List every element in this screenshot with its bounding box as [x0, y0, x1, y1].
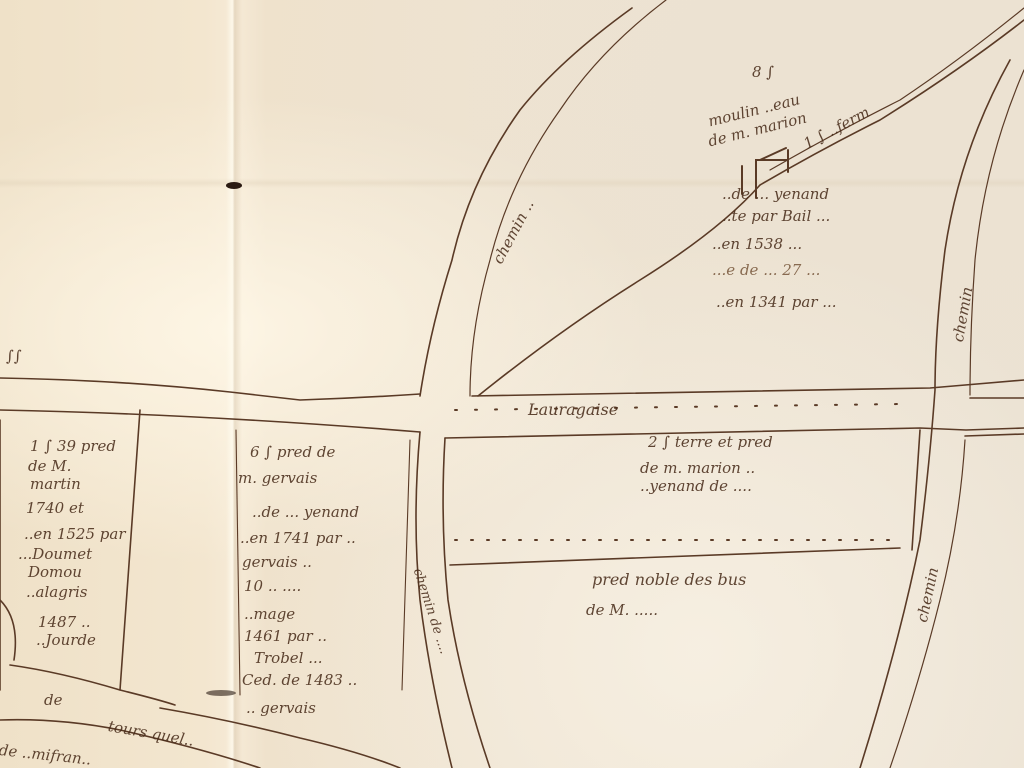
parcel-8-line-5: ..te par Bail ... — [722, 206, 830, 226]
noble-meadow-line-0: pred noble des bus — [592, 570, 746, 590]
parcel-8-line-7: ...e de ... 27 ... — [712, 260, 820, 280]
ink-blot-fold-bottom — [206, 690, 236, 696]
cadastral-map-sheet: 8 ∫ moulin ..eau de m. marion 1 ∫ ..ferm… — [0, 0, 1024, 768]
parcel-6-line-8: Trobel ... — [254, 648, 323, 668]
parcel-2-line-2: ..yenand de .... — [640, 476, 752, 496]
ink-blot-fold-top — [226, 182, 242, 189]
parcel-8-number: 8 ∫ — [752, 62, 774, 82]
parcel-6-line-2: ..de ... yenand — [252, 502, 359, 522]
parcel-6-line-3: ..en 1741 par .. — [240, 528, 356, 548]
label-de-bottom-left: de — [44, 690, 62, 710]
parcel-1-line-2: martin — [30, 474, 81, 494]
parcel-6-line-0: 6 ∫ pred de — [250, 442, 335, 462]
lower-left-parcel-edge — [0, 600, 15, 660]
lower-left-stream-1 — [10, 665, 175, 705]
parcel-8-line-6: ..en 1538 ... — [712, 234, 802, 254]
center-road-right-edge — [443, 438, 490, 768]
right-parcel-bottom — [965, 434, 1024, 436]
parcel-6-line-6: ..mage — [244, 604, 295, 624]
parcel-1-line-3: 1740 et — [26, 498, 84, 518]
parcel-1-line-9: ..Jourde — [36, 630, 96, 650]
parcel-6-line-10: .. gervais — [246, 698, 316, 718]
parcel-6-right-boundary — [402, 440, 410, 690]
road-boundary-upper-left — [0, 378, 420, 400]
parcel-2-line-1: de m. marion .. — [640, 458, 755, 478]
parcel-6-line-4: gervais .. — [242, 552, 312, 572]
right-road-left-edge — [860, 60, 1010, 768]
parcel-6-line-5: 10 .. .... — [244, 576, 301, 596]
noble-meadow-line-1: de M. ..... — [586, 600, 658, 620]
parcel-6-line-1: m. gervais — [238, 468, 317, 488]
parcel-1-right-boundary — [120, 410, 140, 690]
parcel-1-line-4: ..en 1525 par — [24, 524, 126, 544]
parcel-6-line-7: 1461 par .. — [244, 626, 327, 646]
dotted-line-road — [455, 404, 900, 410]
road-label-lauragaise: Lauragaise — [528, 400, 618, 420]
right-road-right-edge — [970, 70, 1024, 395]
parcel-2-right-boundary — [912, 430, 920, 550]
parcel-8-line-4: ..de ... yenand — [722, 184, 829, 204]
parcel-6-line-9: Ced. de 1483 .. — [242, 670, 357, 690]
parcel-1-line-7: ..alagris — [26, 582, 88, 602]
parcel-1-line-8: 1487 .. — [38, 612, 90, 632]
road-boundary-lower-left — [0, 410, 420, 432]
label-left-edge-mark: ∫∫ — [6, 346, 22, 366]
parcel-1-line-5: ...Doumet — [18, 544, 92, 564]
parcel-2-lower-boundary — [450, 548, 900, 565]
road-boundary-upper-right — [472, 380, 1024, 396]
parcel-2-line-0: 2 ∫ terre et pred — [648, 432, 773, 452]
parcel-1-line-1: de M. — [28, 456, 71, 476]
parcel-1-line-6: Domou — [28, 562, 82, 582]
parcel-8-line-8: ..en 1341 par ... — [716, 292, 837, 312]
parcel-1-line-0: 1 ∫ 39 pred — [30, 436, 116, 456]
